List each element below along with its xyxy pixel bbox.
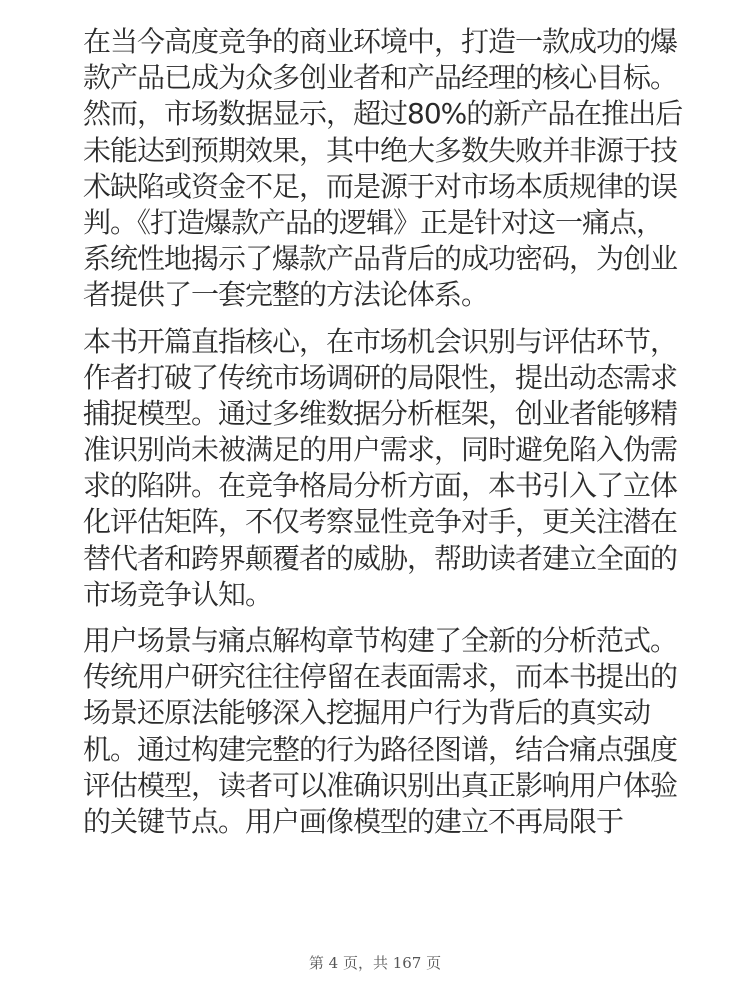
text-line: 在当今高度竞争的商业环境中，打造一款成功的爆 bbox=[83, 24, 703, 60]
text-line: 化评估矩阵，不仅考察显性竞争对手，更关注潜在 bbox=[83, 504, 703, 540]
text-line: 替代者和跨界颠覆者的威胁，帮助读者建立全面的 bbox=[83, 541, 703, 577]
text-line: 的关键节点。用户画像模型的建立不再局限于 bbox=[83, 804, 703, 840]
text-line: 用户场景与痛点解构章节构建了全新的分析范式。 bbox=[83, 623, 703, 659]
text-line: 系统性地揭示了爆款产品背后的成功密码，为创业 bbox=[83, 241, 703, 277]
text-line: 场景还原法能够深入挖掘用户行为背后的真实动 bbox=[83, 695, 703, 731]
paragraph-3: 用户场景与痛点解构章节构建了全新的分析范式。 传统用户研究往往停留在表面需求，而… bbox=[83, 623, 703, 840]
text-line: 款产品已成为众多创业者和产品经理的核心目标。 bbox=[83, 60, 703, 96]
text-line: 然而，市场数据显示，超过80%的新产品在推出后 bbox=[83, 96, 703, 132]
paragraph-2: 本书开篇直指核心，在市场机会识别与评估环节， 作者打破了传统市场调研的局限性，提… bbox=[83, 324, 703, 614]
text-line: 者提供了一套完整的方法论体系。 bbox=[83, 277, 703, 313]
text-line: 判。《打造爆款产品的逻辑》正是针对这一痛点， bbox=[83, 205, 703, 241]
text-line: 捕捉模型。通过多维数据分析框架，创业者能够精 bbox=[83, 396, 703, 432]
text-line: 本书开篇直指核心，在市场机会识别与评估环节， bbox=[83, 324, 703, 360]
text-line: 作者打破了传统市场调研的局限性，提出动态需求 bbox=[83, 360, 703, 396]
text-line: 求的陷阱。在竞争格局分析方面，本书引入了立体 bbox=[83, 468, 703, 504]
text-line: 未能达到预期效果，其中绝大多数失败并非源于技 bbox=[83, 133, 703, 169]
page-indicator: 第 4 页，共 167 页 bbox=[0, 952, 750, 973]
paragraph-1: 在当今高度竞争的商业环境中，打造一款成功的爆 款产品已成为众多创业者和产品经理的… bbox=[83, 24, 703, 314]
text-line: 准识别尚未被满足的用户需求，同时避免陷入伪需 bbox=[83, 432, 703, 468]
text-line: 评估模型，读者可以准确识别出真正影响用户体验 bbox=[83, 768, 703, 804]
text-line: 术缺陷或资金不足，而是源于对市场本质规律的误 bbox=[83, 169, 703, 205]
text-line: 传统用户研究往往停留在表面需求，而本书提出的 bbox=[83, 659, 703, 695]
document-page: 在当今高度竞争的商业环境中，打造一款成功的爆 款产品已成为众多创业者和产品经理的… bbox=[83, 24, 703, 850]
text-line: 机。通过构建完整的行为路径图谱，结合痛点强度 bbox=[83, 732, 703, 768]
text-line: 市场竞争认知。 bbox=[83, 577, 703, 613]
